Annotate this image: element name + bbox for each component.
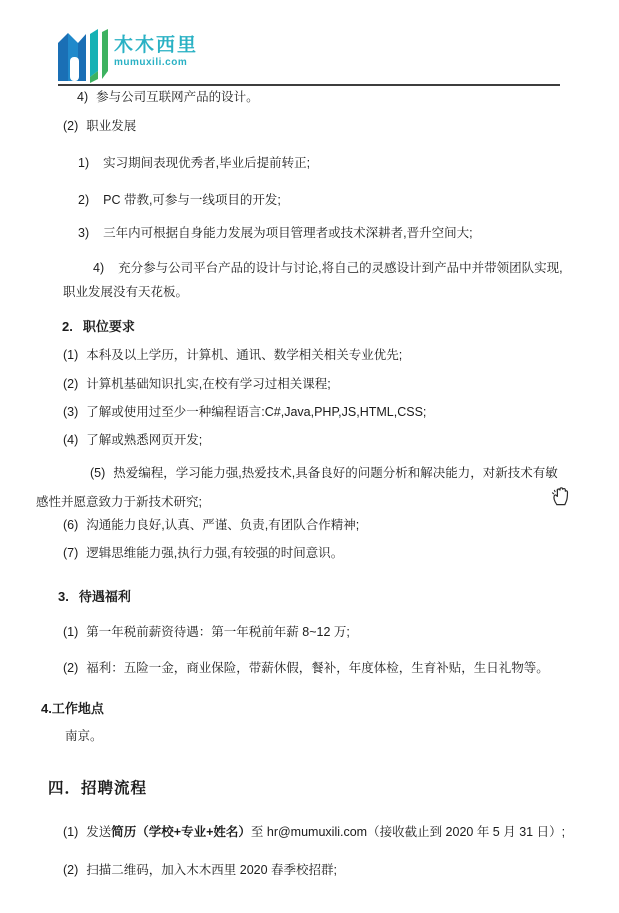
heading-text: 职位要求 — [83, 319, 135, 334]
heading-text: 四．招聘流程 — [48, 780, 147, 797]
item-text: 职业发展 — [86, 119, 136, 133]
item-text-post: 至 hr@mumuxili.com（接收截止到 2020 年 5 月 31 日）… — [251, 825, 565, 839]
item-number: (1) — [63, 347, 78, 364]
item-number: (7) — [63, 545, 78, 562]
heading-number: 4. — [41, 700, 52, 717]
item-text: 沟通能力良好,认真、严谨、负责,有团队合作精神; — [86, 518, 359, 532]
item-text: 热爱编程，学习能力强,热爱技术,具备良好的问题分析和解决能力，对新技术有敏感性并… — [36, 466, 558, 509]
list-item: (5)热爱编程，学习能力强,热爱技术,具备良好的问题分析和解决能力，对新技术有敏… — [36, 459, 566, 517]
heading-requirements: 2.职位要求 — [62, 318, 135, 335]
heading-number: 2. — [62, 318, 73, 335]
list-item: (6)沟通能力良好,认真、严谨、负责,有团队合作精神; — [63, 517, 359, 534]
brand-domain: mumuxili.com — [114, 58, 198, 68]
item-text: 福利：五险一金，商业保险，带薪休假，餐补，年度体检，生育补贴，生日礼物等。 — [86, 661, 549, 675]
header-divider — [58, 84, 560, 86]
heading-text: 工作地点 — [52, 701, 104, 716]
grab-hand-cursor-icon — [550, 483, 572, 507]
item-number: (2) — [63, 660, 78, 677]
brand-name: 木木西里 — [114, 36, 198, 55]
item-text-bold: 简历（学校+专业+姓名） — [111, 825, 251, 839]
item-number: (5) — [63, 459, 105, 488]
heading-number: 3. — [58, 588, 69, 605]
item-text: 三年内可根据自身能力发展为项目管理者或技术深耕者,晋升空间大; — [103, 226, 472, 240]
list-item: 4)充分参与公司平台产品的设计与讨论,将自己的灵感设计到产品中并带领团队实现,职… — [63, 256, 565, 304]
item-number: 1) — [78, 155, 89, 172]
list-item: (2)扫描二维码，加入木木西里 2020 春季校招群; — [63, 862, 337, 879]
list-item: (1)本科及以上学历，计算机、通讯、数学相关相关专业优先; — [63, 347, 402, 364]
item-number: 2) — [78, 192, 89, 209]
item-text: 计算机基础知识扎实,在校有学习过相关课程; — [86, 377, 330, 391]
item-text: 参与公司互联网产品的设计。 — [96, 90, 259, 104]
item-text: 第一年税前薪资待遇：第一年税前年薪 8~12 万; — [86, 625, 350, 639]
item-text: 实习期间表现优秀者,毕业后提前转正; — [103, 156, 310, 170]
heading-text: 待遇福利 — [79, 589, 131, 604]
item-number: (2) — [63, 376, 78, 393]
item-number: (2) — [63, 118, 78, 135]
item-text: 逻辑思维能力强,执行力强,有较强的时间意识。 — [86, 546, 343, 560]
item-number: (1) — [63, 824, 78, 841]
item-text: PC 带教,可参与一线项目的开发; — [103, 193, 281, 207]
item-number: (4) — [63, 432, 78, 449]
item-text: 充分参与公司平台产品的设计与讨论,将自己的灵感设计到产品中并带领团队实现,职业发… — [63, 261, 563, 299]
list-item: 1)实习期间表现优秀者,毕业后提前转正; — [78, 155, 310, 172]
heading-location: 4.工作地点 — [41, 700, 104, 717]
item-number: 4) — [77, 89, 88, 106]
item-number: (3) — [63, 404, 78, 421]
list-item: (7)逻辑思维能力强,执行力强,有较强的时间意识。 — [63, 545, 343, 562]
item-number: 3) — [78, 225, 89, 242]
item-number: 4) — [78, 256, 104, 280]
list-item: 3)三年内可根据自身能力发展为项目管理者或技术深耕者,晋升空间大; — [78, 225, 473, 242]
item-text: 扫描二维码，加入木木西里 2020 春季校招群; — [86, 863, 337, 877]
mumuxili-m-logo-icon — [58, 29, 108, 83]
career-subheading: (2)职业发展 — [63, 118, 136, 135]
list-item: (2)计算机基础知识扎实,在校有学习过相关课程; — [63, 376, 331, 393]
item-text-pre: 发送 — [86, 825, 111, 839]
item-text: 了解或熟悉网页开发; — [86, 433, 202, 447]
heading-benefits: 3.待遇福利 — [58, 588, 131, 605]
list-item: (1)第一年税前薪资待遇：第一年税前年薪 8~12 万; — [63, 624, 350, 641]
list-item: 2)PC 带教,可参与一线项目的开发; — [78, 192, 281, 209]
item-number: (1) — [63, 624, 78, 641]
item-number: (2) — [63, 862, 78, 879]
document-page: 木木西里 mumuxili.com 4)参与公司互联网产品的设计。 (2)职业发… — [0, 0, 619, 913]
list-item: (1)发送简历（学校+专业+姓名）至 hr@mumuxili.com（接收截止到… — [63, 824, 565, 841]
brand-text: 木木西里 mumuxili.com — [114, 36, 198, 68]
item-number: (6) — [63, 517, 78, 534]
list-item: 4)参与公司互联网产品的设计。 — [77, 89, 259, 106]
item-text: 了解或使用过至少一种编程语言:C#,Java,PHP,JS,HTML,CSS; — [86, 405, 426, 419]
location-text: 南京。 — [65, 728, 103, 745]
list-item: (3)了解或使用过至少一种编程语言:C#,Java,PHP,JS,HTML,CS… — [63, 404, 426, 421]
heading-process: 四．招聘流程 — [48, 780, 147, 797]
list-item: (2)福利：五险一金，商业保险，带薪休假，餐补，年度体检，生育补贴，生日礼物等。 — [63, 660, 549, 677]
list-item: (4)了解或熟悉网页开发; — [63, 432, 202, 449]
item-text: 本科及以上学历，计算机、通讯、数学相关相关专业优先; — [86, 348, 402, 362]
